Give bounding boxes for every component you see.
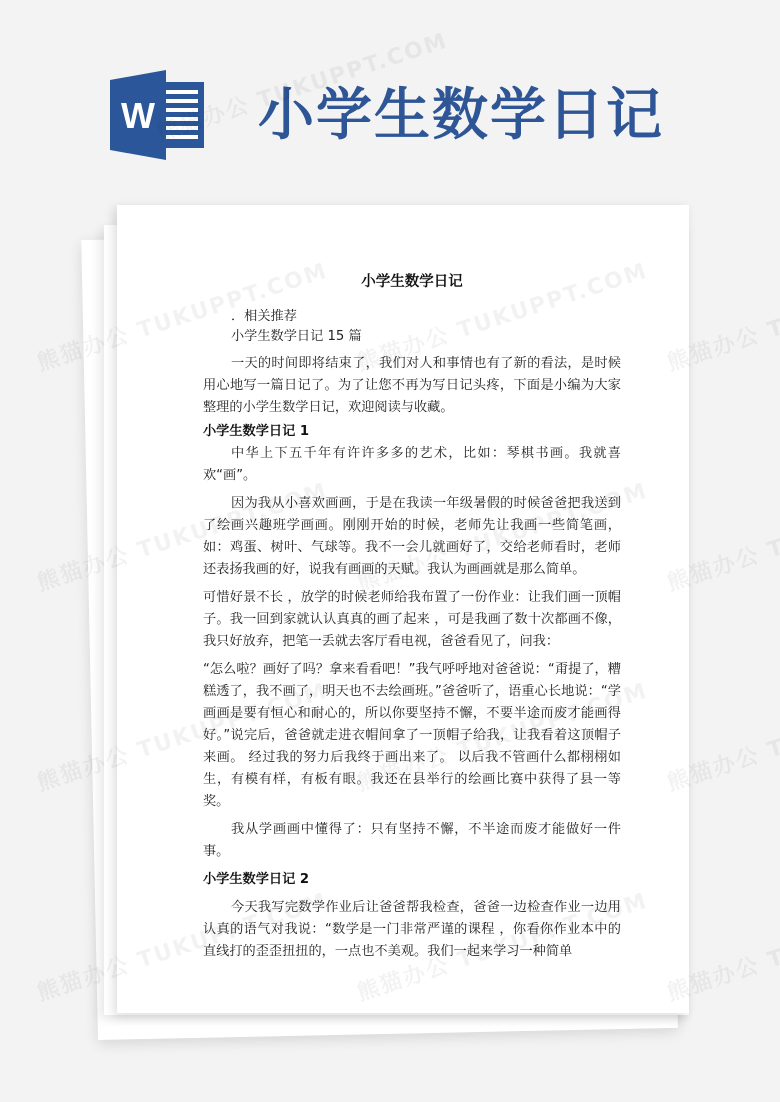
banner-title: 小学生数学日记	[258, 80, 664, 150]
paragraph: 中华上下五千年有许许多多的艺术，比如：琴棋书画。我就喜欢“画”。	[203, 443, 621, 487]
word-icon: W	[110, 70, 206, 160]
paragraph: 因为我从小喜欢画画，于是在我读一年级暑假的时候爸爸把我送到了绘画兴趣班学画画。刚…	[203, 493, 621, 581]
recommend-label: ．相关推荐	[203, 307, 621, 327]
svg-text:W: W	[121, 95, 155, 136]
document-page: 小学生数学日记 ．相关推荐 小学生数学日记 15 篇 一天的时间即将结束了，我们…	[117, 205, 689, 1013]
document-title: 小学生数学日记	[203, 271, 621, 293]
banner: W 小学生数学日记	[0, 0, 780, 190]
intro-paragraph: 一天的时间即将结束了，我们对人和事情也有了新的看法，是时候用心地写一篇日记了。为…	[203, 353, 621, 419]
recommend-item[interactable]: 小学生数学日记 15 篇	[203, 327, 621, 347]
paragraph: “怎么啦？画好了吗？拿来看看吧！”我气呼呼地对爸爸说：“甭提了，糟糕透了，我不画…	[203, 659, 621, 813]
paragraph: 我从学画画中懂得了：只有坚持不懈，不半途而废才能做好一件事。	[203, 819, 621, 863]
section-heading: 小学生数学日记 1	[203, 421, 621, 443]
paragraph: 今天我写完数学作业后让爸爸帮我检查，爸爸一边检查作业一边用认真的语气对我说：“数…	[203, 897, 621, 963]
section-heading: 小学生数学日记 2	[203, 869, 621, 891]
document-body: 小学生数学日记 ．相关推荐 小学生数学日记 15 篇 一天的时间即将结束了，我们…	[203, 271, 621, 963]
paragraph: 可惜好景不长 ，放学的时候老师给我布置了一份作业：让我们画一顶帽子。我一回到家就…	[203, 587, 621, 653]
